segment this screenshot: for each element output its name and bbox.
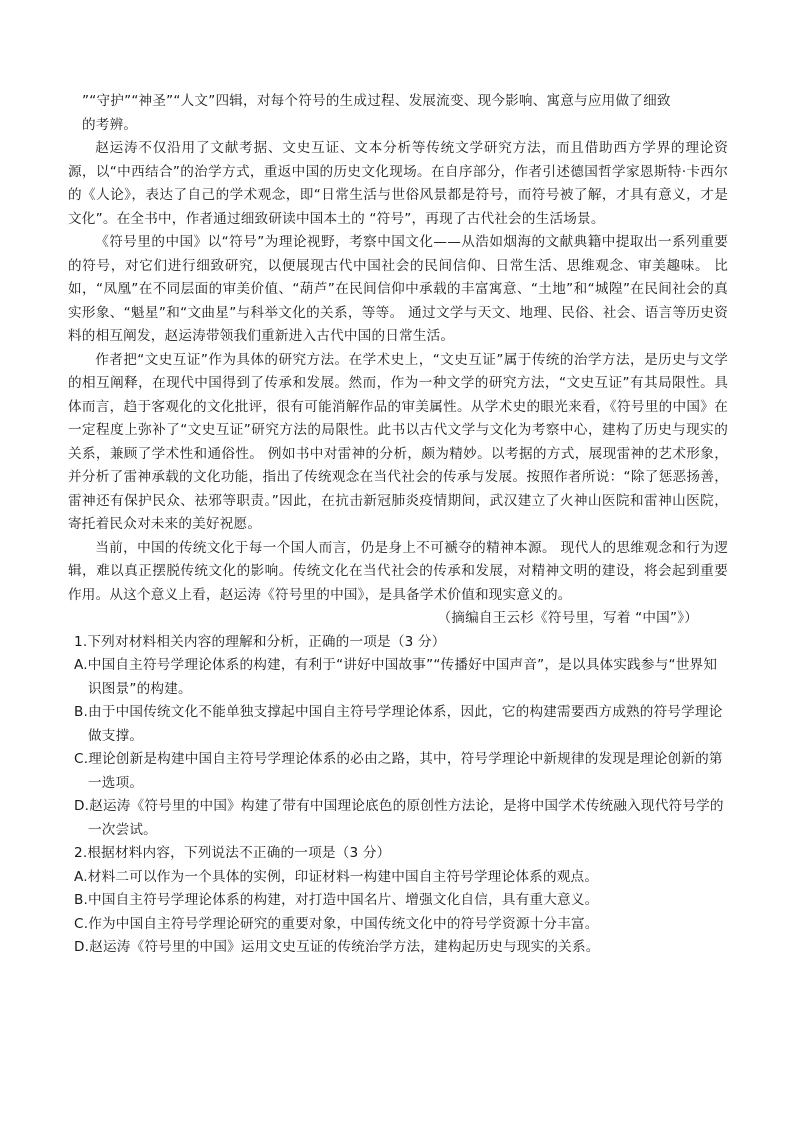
passage-lead-fragment-end: 的考辨。 — [68, 114, 728, 138]
question-2-stem: 2.根据材料内容，下列说法不正确的一项是（3 分） — [68, 842, 728, 866]
passage-lead-fragment: ”“守护”“神圣”“人文”四辑，对每个符号的生成过程、发展流变、现今影响、寓意与… — [68, 90, 728, 114]
passage-source: （摘编自王云杉《符号里，写着 “中国”》） — [68, 607, 728, 631]
question-2: 2.根据材料内容，下列说法不正确的一项是（3 分） A.材料二可以作为一个具体的… — [68, 842, 728, 960]
document-page: ”“守护”“神圣”“人文”四辑，对每个符号的生成过程、发展流变、现今影响、寓意与… — [68, 90, 728, 960]
question-1-option-a: A.中国自主符号学理论体系的构建，有利于“讲好中国故事”“传播好中国声音”，是以… — [68, 654, 728, 701]
question-2-option-c: C.作为中国自主符号学理论研究的重要对象，中国传统文化中的符号学资源十分丰富。 — [68, 913, 728, 937]
question-1-option-d: D.赵运涛《符号里的中国》构建了带有中国理论底色的原创性方法论，是将中国学术传统… — [68, 795, 728, 842]
passage-paragraph-1: 赵运涛不仅沿用了文献考据、文史互证、文本分析等传统文学研究方法，而且借助西方学界… — [68, 137, 728, 231]
question-1: 1.下列对材料相关内容的理解和分析，正确的一项是（3 分） A.中国自主符号学理… — [68, 631, 728, 843]
question-2-option-d: D.赵运涛《符号里的中国》运用文史互证的传统治学方法，建构起历史与现实的关系。 — [68, 936, 728, 960]
question-1-option-b: B.由于中国传统文化不能单独支撑起中国自主符号学理论体系，因此，它的构建需要西方… — [68, 701, 728, 748]
passage-paragraph-3: 作者把“文史互证”作为具体的研究方法。在学术史上，“文史互证”属于传统的治学方法… — [68, 349, 728, 537]
question-1-stem: 1.下列对材料相关内容的理解和分析，正确的一项是（3 分） — [68, 631, 728, 655]
question-1-option-c: C.理论创新是构建中国自主符号学理论体系的必由之路，其中，符号学理论中新规律的发… — [68, 748, 728, 795]
question-2-option-b: B.中国自主符号学理论体系的构建，对打造中国名片、增强文化自信，具有重大意义。 — [68, 889, 728, 913]
question-2-option-a: A.材料二可以作为一个具体的实例，印证材料一构建中国自主符号学理论体系的观点。 — [68, 866, 728, 890]
passage-paragraph-4: 当前，中国的传统文化于每一个国人而言，仍是身上不可褫夺的精神本源。 现代人的思维… — [68, 537, 728, 608]
passage-paragraph-2: 《符号里的中国》以“符号”为理论视野，考察中国文化——从浩如烟海的文献典籍中提取… — [68, 231, 728, 349]
